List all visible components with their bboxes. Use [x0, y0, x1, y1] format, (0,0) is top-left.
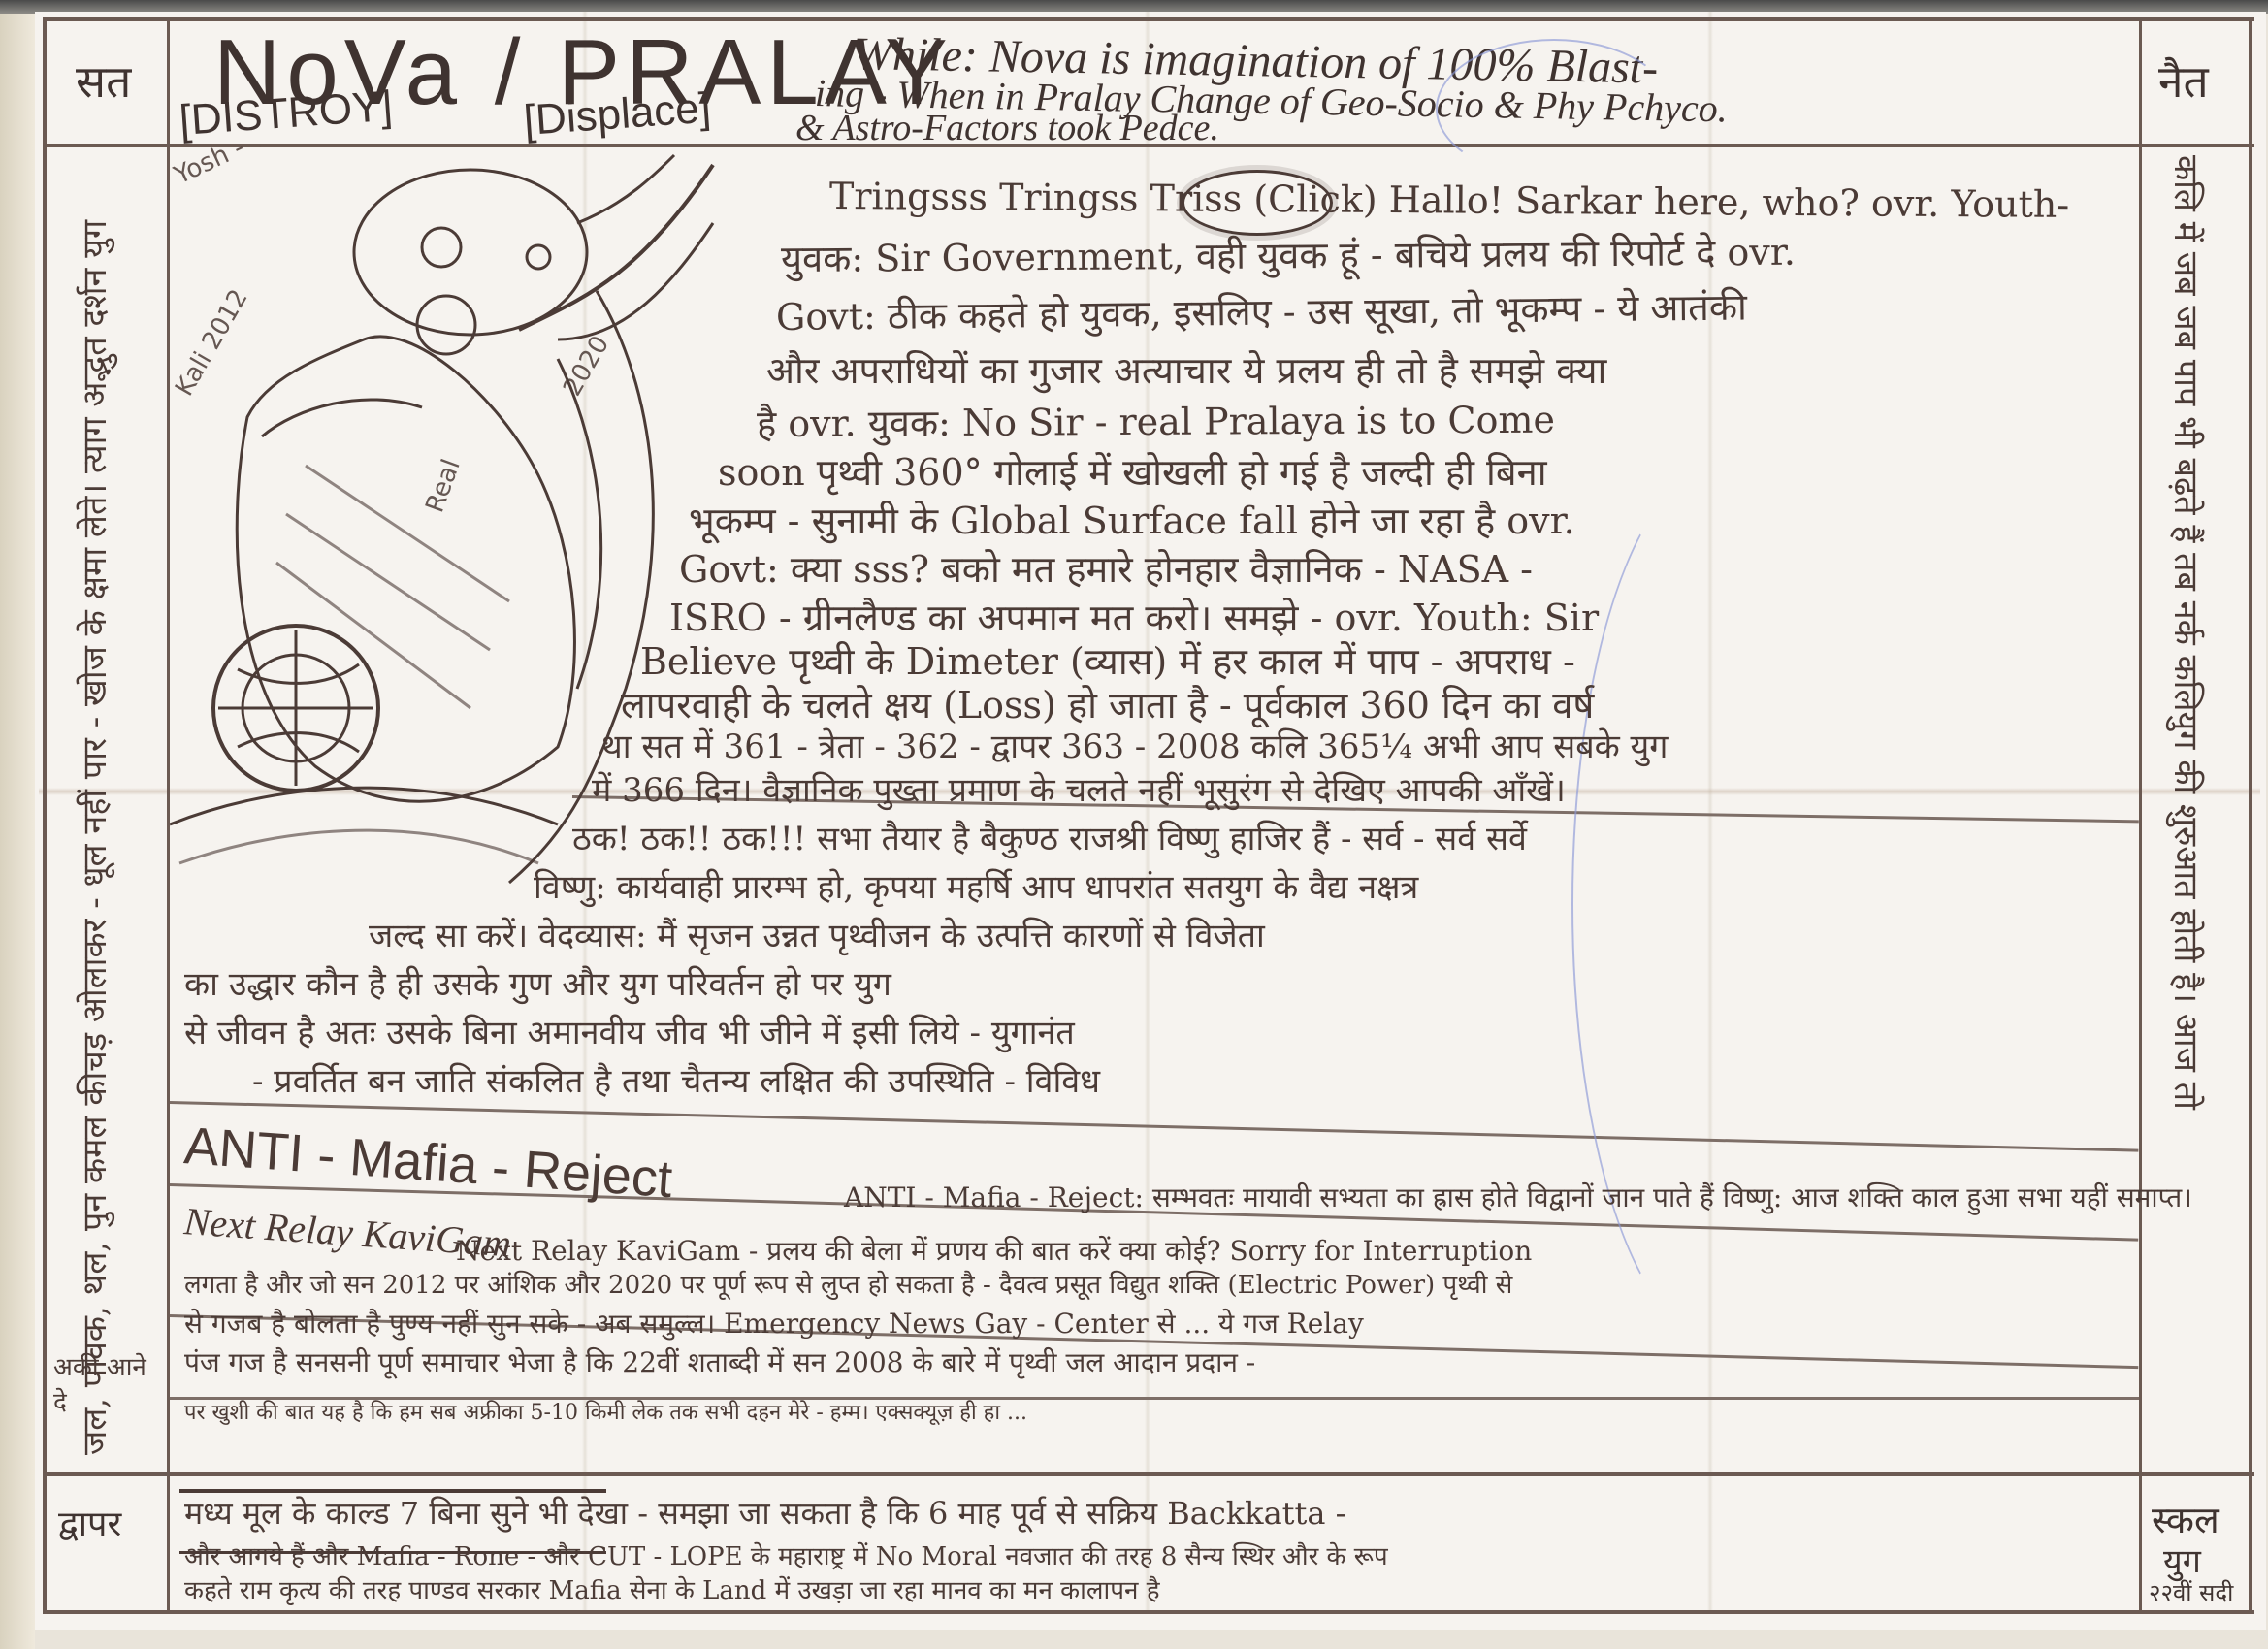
svg-text:Kali 2012: Kali 2012	[170, 284, 254, 401]
left-margin-bottom-label: अकी आने दे	[53, 1348, 160, 1418]
body-line-12: था सत में 361 - त्रेता - 362 - द्वापर 36…	[601, 723, 1668, 767]
scan-edge-left	[0, 14, 35, 1649]
blue-ink-stroke	[1436, 39, 1672, 178]
body-line-4: और अपराधियों का गुजार अत्याचार ये प्रलय …	[766, 344, 1606, 395]
header-corner-left: सत	[76, 50, 131, 111]
body-line-1: Tringsss Tringss Triss (Click) Hallo! Sa…	[829, 175, 2069, 226]
border-left	[43, 17, 47, 1613]
body-line-17: का उद्धार कौन है ही उसके गुण और युग परिव…	[184, 960, 891, 1005]
body-line-15: विष्णु: कार्यवाही प्रारम्भ हो, कृपया महर…	[534, 863, 1418, 908]
body-line-7: भूकम्प - सुनामी के Global Surface fall ह…	[689, 495, 1575, 545]
footer-line-1: मध्य मूल के काल्ड 7 बिना सुने भी देखा - …	[184, 1492, 1345, 1534]
footer-right-cell-3: २२वीं सदी	[2149, 1576, 2233, 1608]
body-line-22: लगता है और जो सन 2012 पर आंशिक और 2020 प…	[184, 1266, 1512, 1301]
body-line-21: Next Relay KaviGam - प्रलय की बेला में प…	[456, 1232, 1532, 1269]
svg-text:Yosh - Vigy: Yosh - Vigy	[170, 145, 306, 191]
border-bottom	[43, 1610, 2254, 1614]
header-corner-right: नैत	[2158, 50, 2209, 111]
svg-text:Real: Real	[420, 455, 466, 516]
body-line-3: Govt: ठीक कहते हो युवक, इसलिए - उस सूखा,…	[776, 281, 1747, 341]
footer-line-2: और आगये हैं और Mafia - Rone - और CUT - L…	[184, 1537, 1388, 1572]
right-margin-vertical-text: कलि में जब जब पाप भी बढ़ते हैं तब नर्क क…	[2163, 155, 2208, 1455]
footer-line-3: कहते राम कृत्य की तरह पाण्डव सरकार Mafia…	[184, 1571, 1160, 1606]
svg-text:2020: 2020	[558, 331, 615, 401]
header-line-3: & Astro-Factors took Pedce.	[795, 107, 1219, 149]
body-line-18: से जीवन है अतः उसके बिना अमानवीय जीव भी …	[184, 1009, 1075, 1053]
left-margin-vertical-text: जल, पावक, थल, पुन कमल कीचड़ ओलाकर - धूल …	[73, 155, 117, 1455]
body-line-23: से गजब है बोलता है पुण्य नहीं सुन सके - …	[184, 1305, 1364, 1342]
right-column-divider	[2139, 17, 2142, 1613]
body-line-6: soon पृथ्वी 360° गोलाई में खोखली हो गई ह…	[718, 446, 1547, 497]
body-line-24: पंज गज है सनसनी पूर्ण समाचार भेजा है कि …	[184, 1343, 1255, 1380]
footer-divider	[43, 1472, 2254, 1476]
body-line-5: है ovr. युवक: No Sir - real Pralaya is t…	[757, 394, 1555, 448]
body-line-14: ठक! ठक!! ठक!!! सभा तैयार है बैकुण्ठ राजश…	[572, 815, 1527, 859]
body-line-25: पर खुशी की बात यह है कि हम सब अफ्रीका 5-…	[184, 1397, 1027, 1426]
body-line-2: युवक: Sir Government, वही युवक हूं - बचि…	[781, 226, 1796, 283]
body-line-20: ANTI - Mafia - Reject: सम्भवतः मायावी सभ…	[844, 1179, 2192, 1215]
body-line-16: जल्द सा करें। वेदव्यास: मैं सृजन उन्नत प…	[369, 912, 1265, 956]
body-line-8: Govt: क्या sss? बको मत हमारे होनहार वैज्…	[679, 543, 1533, 594]
body-line-13: में 366 दिन। वैज्ञानिक पुख्ता प्रमाण के …	[592, 766, 1566, 811]
border-right	[2249, 17, 2252, 1613]
body-line-19: - प्रवर्तित बन जाति संकलित है तथा चैतन्य…	[252, 1057, 1100, 1102]
footer-left-cell: द्वापर	[58, 1499, 121, 1546]
